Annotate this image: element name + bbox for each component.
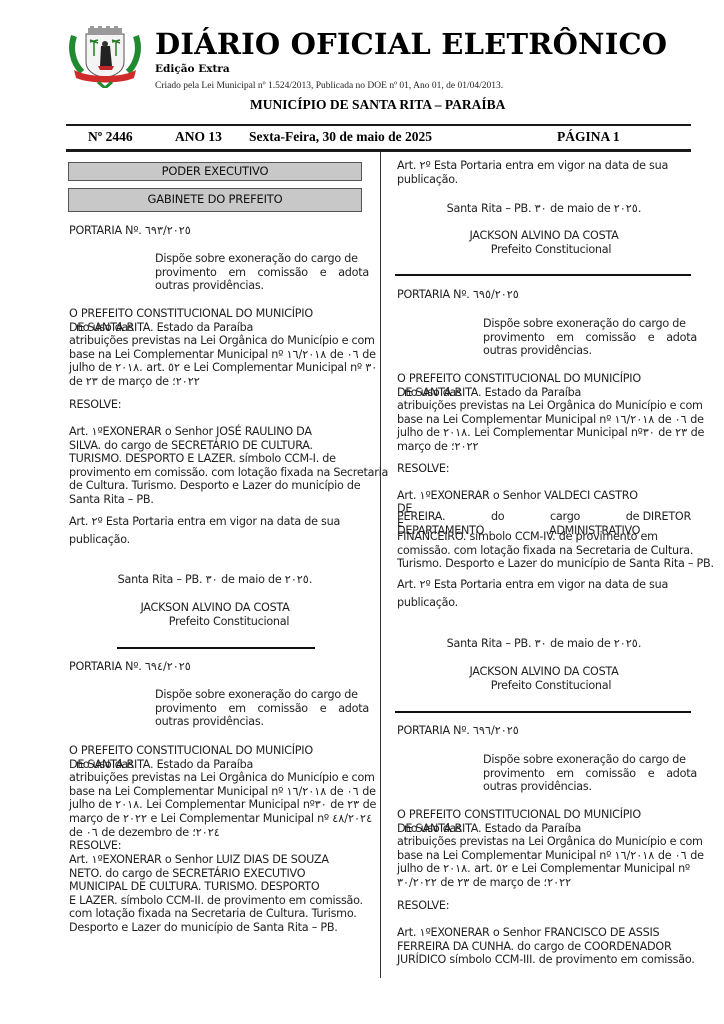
- municipality-name: MUNICÍPIO DE SANTA RITA – PARAÍBA: [250, 97, 505, 113]
- issue-date: Sexta-Feira, 30 de maio de 2025: [249, 129, 432, 145]
- page-number: PÁGINA 1: [557, 129, 620, 145]
- signature-name: JACKSON ALVINO DA COSTA: [397, 229, 691, 243]
- preambulo-overlap-text: no uso das: [404, 822, 462, 835]
- section-separator: [395, 711, 691, 713]
- creation-note: Criado pela Lei Municipal nº 1.524/2013,…: [155, 81, 503, 91]
- portaria-art2: Art. ٢º Esta Portaria entra em vigor na …: [69, 513, 340, 549]
- signing-place-date: Santa Rita – PB. ٣٠ de maio de ٢٠٢٥.: [69, 573, 361, 587]
- portaria-art1: Art. ١ºEXONERAR o Senhor JOSÉ RAULINO DA…: [69, 425, 388, 507]
- preambulo-overlap-text: no uso das: [76, 758, 134, 771]
- portaria-art1-cont: PEREIRA.docargode DIRETOR: [397, 510, 691, 524]
- portaria-number: PORTARIA Nº. ٦٩٦/٢٠٢٥: [397, 724, 519, 738]
- header-bottom-rule: [66, 149, 691, 152]
- section-gabinete-prefeito: GABINETE DO PREFEITO: [68, 188, 362, 212]
- resolve-label: RESOLVE:: [69, 839, 121, 853]
- resolve-label: RESOLVE:: [397, 462, 449, 476]
- portaria-art1: Art. ١ºEXONERAR o Senhor VALDECI CASTRO: [397, 489, 638, 503]
- header-top-rule: [66, 124, 691, 126]
- issue-year: ANO 13: [175, 129, 222, 145]
- portaria-preambulo: O PREFEITO CONSTITUCIONAL DO MUNICÍPIO D…: [69, 307, 377, 389]
- signature-name: JACKSON ALVINO DA COSTA: [69, 601, 361, 615]
- portaria-ementa: Dispõe sobre exoneração do cargo de prov…: [483, 317, 697, 358]
- newspaper-title: DIÁRIO OFICIAL ELETRÔNICO: [155, 27, 667, 61]
- portaria-art2: Art. ٢º Esta Portaria entra em vigor na …: [397, 576, 668, 612]
- signing-place-date: Santa Rita – PB. ٣٠ de maio de ٢٠٢٥.: [397, 202, 691, 216]
- signature-role: Prefeito Constitucional: [404, 679, 698, 693]
- resolve-label: RESOLVE:: [69, 398, 121, 412]
- signature-role: Prefeito Constitucional: [404, 243, 698, 257]
- section-separator: [395, 274, 691, 276]
- section-separator: [117, 647, 315, 649]
- signature-role: Prefeito Constitucional: [83, 615, 375, 629]
- portaria-art2: Art. ٢º Esta Portaria entra em vigor na …: [397, 159, 668, 186]
- portaria-ementa: Dispõe sobre exoneração do cargo de prov…: [155, 688, 369, 729]
- portaria-number: PORTARIA Nº. ٦٩٣/٢٠٢٥: [69, 224, 191, 238]
- portaria-art1: Art. ١ºEXONERAR o Senhor LUIZ DIAS DE SO…: [69, 853, 363, 935]
- portaria-art1: Art. ١ºEXONERAR o Senhor FRANCISCO DE AS…: [397, 926, 695, 967]
- resolve-label: RESOLVE:: [397, 899, 449, 913]
- preambulo-overlap-text: no uso das: [404, 386, 462, 399]
- portaria-number: PORTARIA Nº. ٦٩٤/٢٠٢٥: [69, 660, 191, 674]
- portaria-preambulo: O PREFEITO CONSTITUCIONAL DO MUNICÍPIO D…: [397, 372, 704, 454]
- coat-of-arms-logo: [68, 26, 142, 88]
- signing-place-date: Santa Rita – PB. ٣٠ de maio de ٢٠٢٥.: [397, 637, 691, 651]
- section-poder-executivo: PODER EXECUTIVO: [68, 162, 362, 181]
- edition-label: Edição Extra: [155, 63, 230, 75]
- preambulo-overlap-text: no uso das: [76, 321, 134, 334]
- issue-number: Nº 2446: [88, 129, 133, 145]
- column-divider: [380, 152, 381, 978]
- portaria-number: PORTARIA Nº. ٦٩٥/٢٠٢٥: [397, 288, 519, 302]
- portaria-preambulo: O PREFEITO CONSTITUCIONAL DO MUNICÍPIO D…: [397, 808, 704, 890]
- portaria-ementa: Dispõe sobre exoneração do cargo de prov…: [483, 753, 697, 794]
- signature-name: JACKSON ALVINO DA COSTA: [397, 665, 691, 679]
- portaria-art1-cont: FINANCEIRO. símbolo CCM-IV. de proviment…: [397, 530, 714, 571]
- portaria-ementa: Dispõe sobre exoneração do cargo de prov…: [155, 252, 369, 293]
